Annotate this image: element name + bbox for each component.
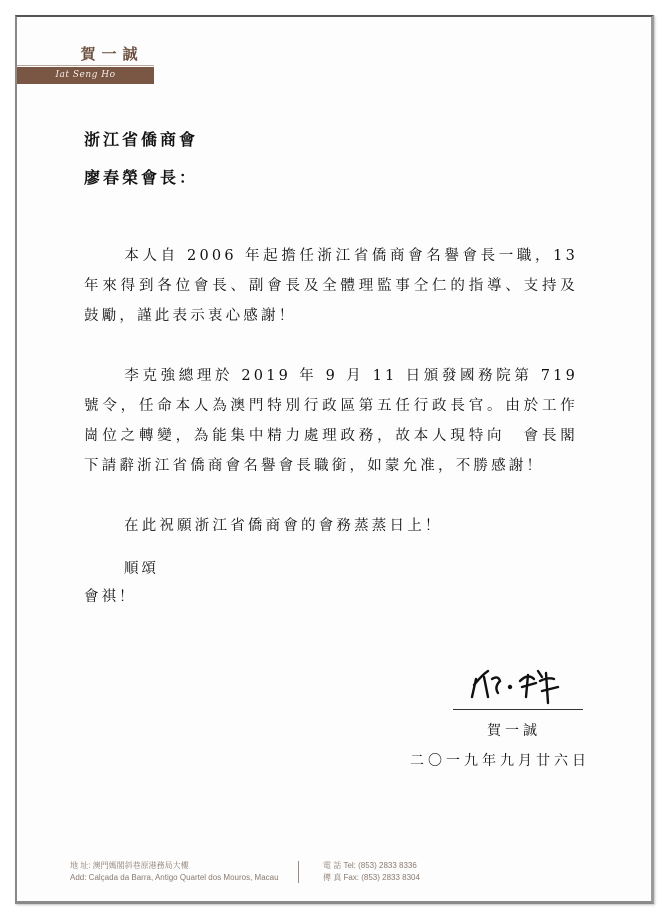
body-paragraph-3: 在此祝願浙江省僑商會的會務蒸蒸日上！ [84,511,578,541]
body-paragraph-2: 李克強總理於 2019 年 9 月 11 日頒發國務院第 719 號令，任命本人… [84,361,578,481]
handwritten-signature-icon [462,657,572,707]
footer-address: 地 址: 澳門媽閣斜巷原港務局大樓 Add: Calçada da Barra,… [70,860,279,884]
letterhead-name-en: Iat Seng Ho [17,67,154,84]
closing-line-2: 會祺！ [84,585,137,606]
closing-line-1: 順頌 [124,557,159,578]
signature-date: 二〇一九年九月廿六日 [410,750,590,770]
body-paragraph-1-text: 本人自 2006 年起擔任浙江省僑商會名譽會長一職，13 年來得到各位會長、副會… [84,248,578,324]
letterhead-rule [17,65,154,66]
footer-tel: 電 話 Tel: (853) 2833 8336 [323,860,420,872]
signatory-name: 賀一誠 [487,720,541,740]
footer-fax: 傳 真 Fax: (853) 2833 8304 [323,872,420,884]
letterhead-name-cn: 賀一誠 [72,43,152,64]
body-paragraph-3-text: 在此祝願浙江省僑商會的會務蒸蒸日上！ [124,518,443,534]
recipient-organization: 浙江省僑商會 [84,127,198,150]
letter-page: 賀一誠 Iat Seng Ho 浙江省僑商會 廖春榮會長： 本人自 2006 年… [15,15,654,904]
footer-contact: 電 話 Tel: (853) 2833 8336 傳 真 Fax: (853) … [323,860,420,884]
footer-divider [298,861,299,883]
body-paragraph-1: 本人自 2006 年起擔任浙江省僑商會名譽會長一職，13 年來得到各位會長、副會… [84,241,578,331]
body-paragraph-2-text: 李克強總理於 2019 年 9 月 11 日頒發國務院第 719 號令，任命本人… [84,368,578,474]
footer-address-cn: 地 址: 澳門媽閣斜巷原港務局大樓 [70,860,279,872]
footer-address-en: Add: Calçada da Barra, Antigo Quartel do… [70,872,279,884]
signature-line [453,709,583,710]
recipient-salutation: 廖春榮會長： [84,165,198,188]
